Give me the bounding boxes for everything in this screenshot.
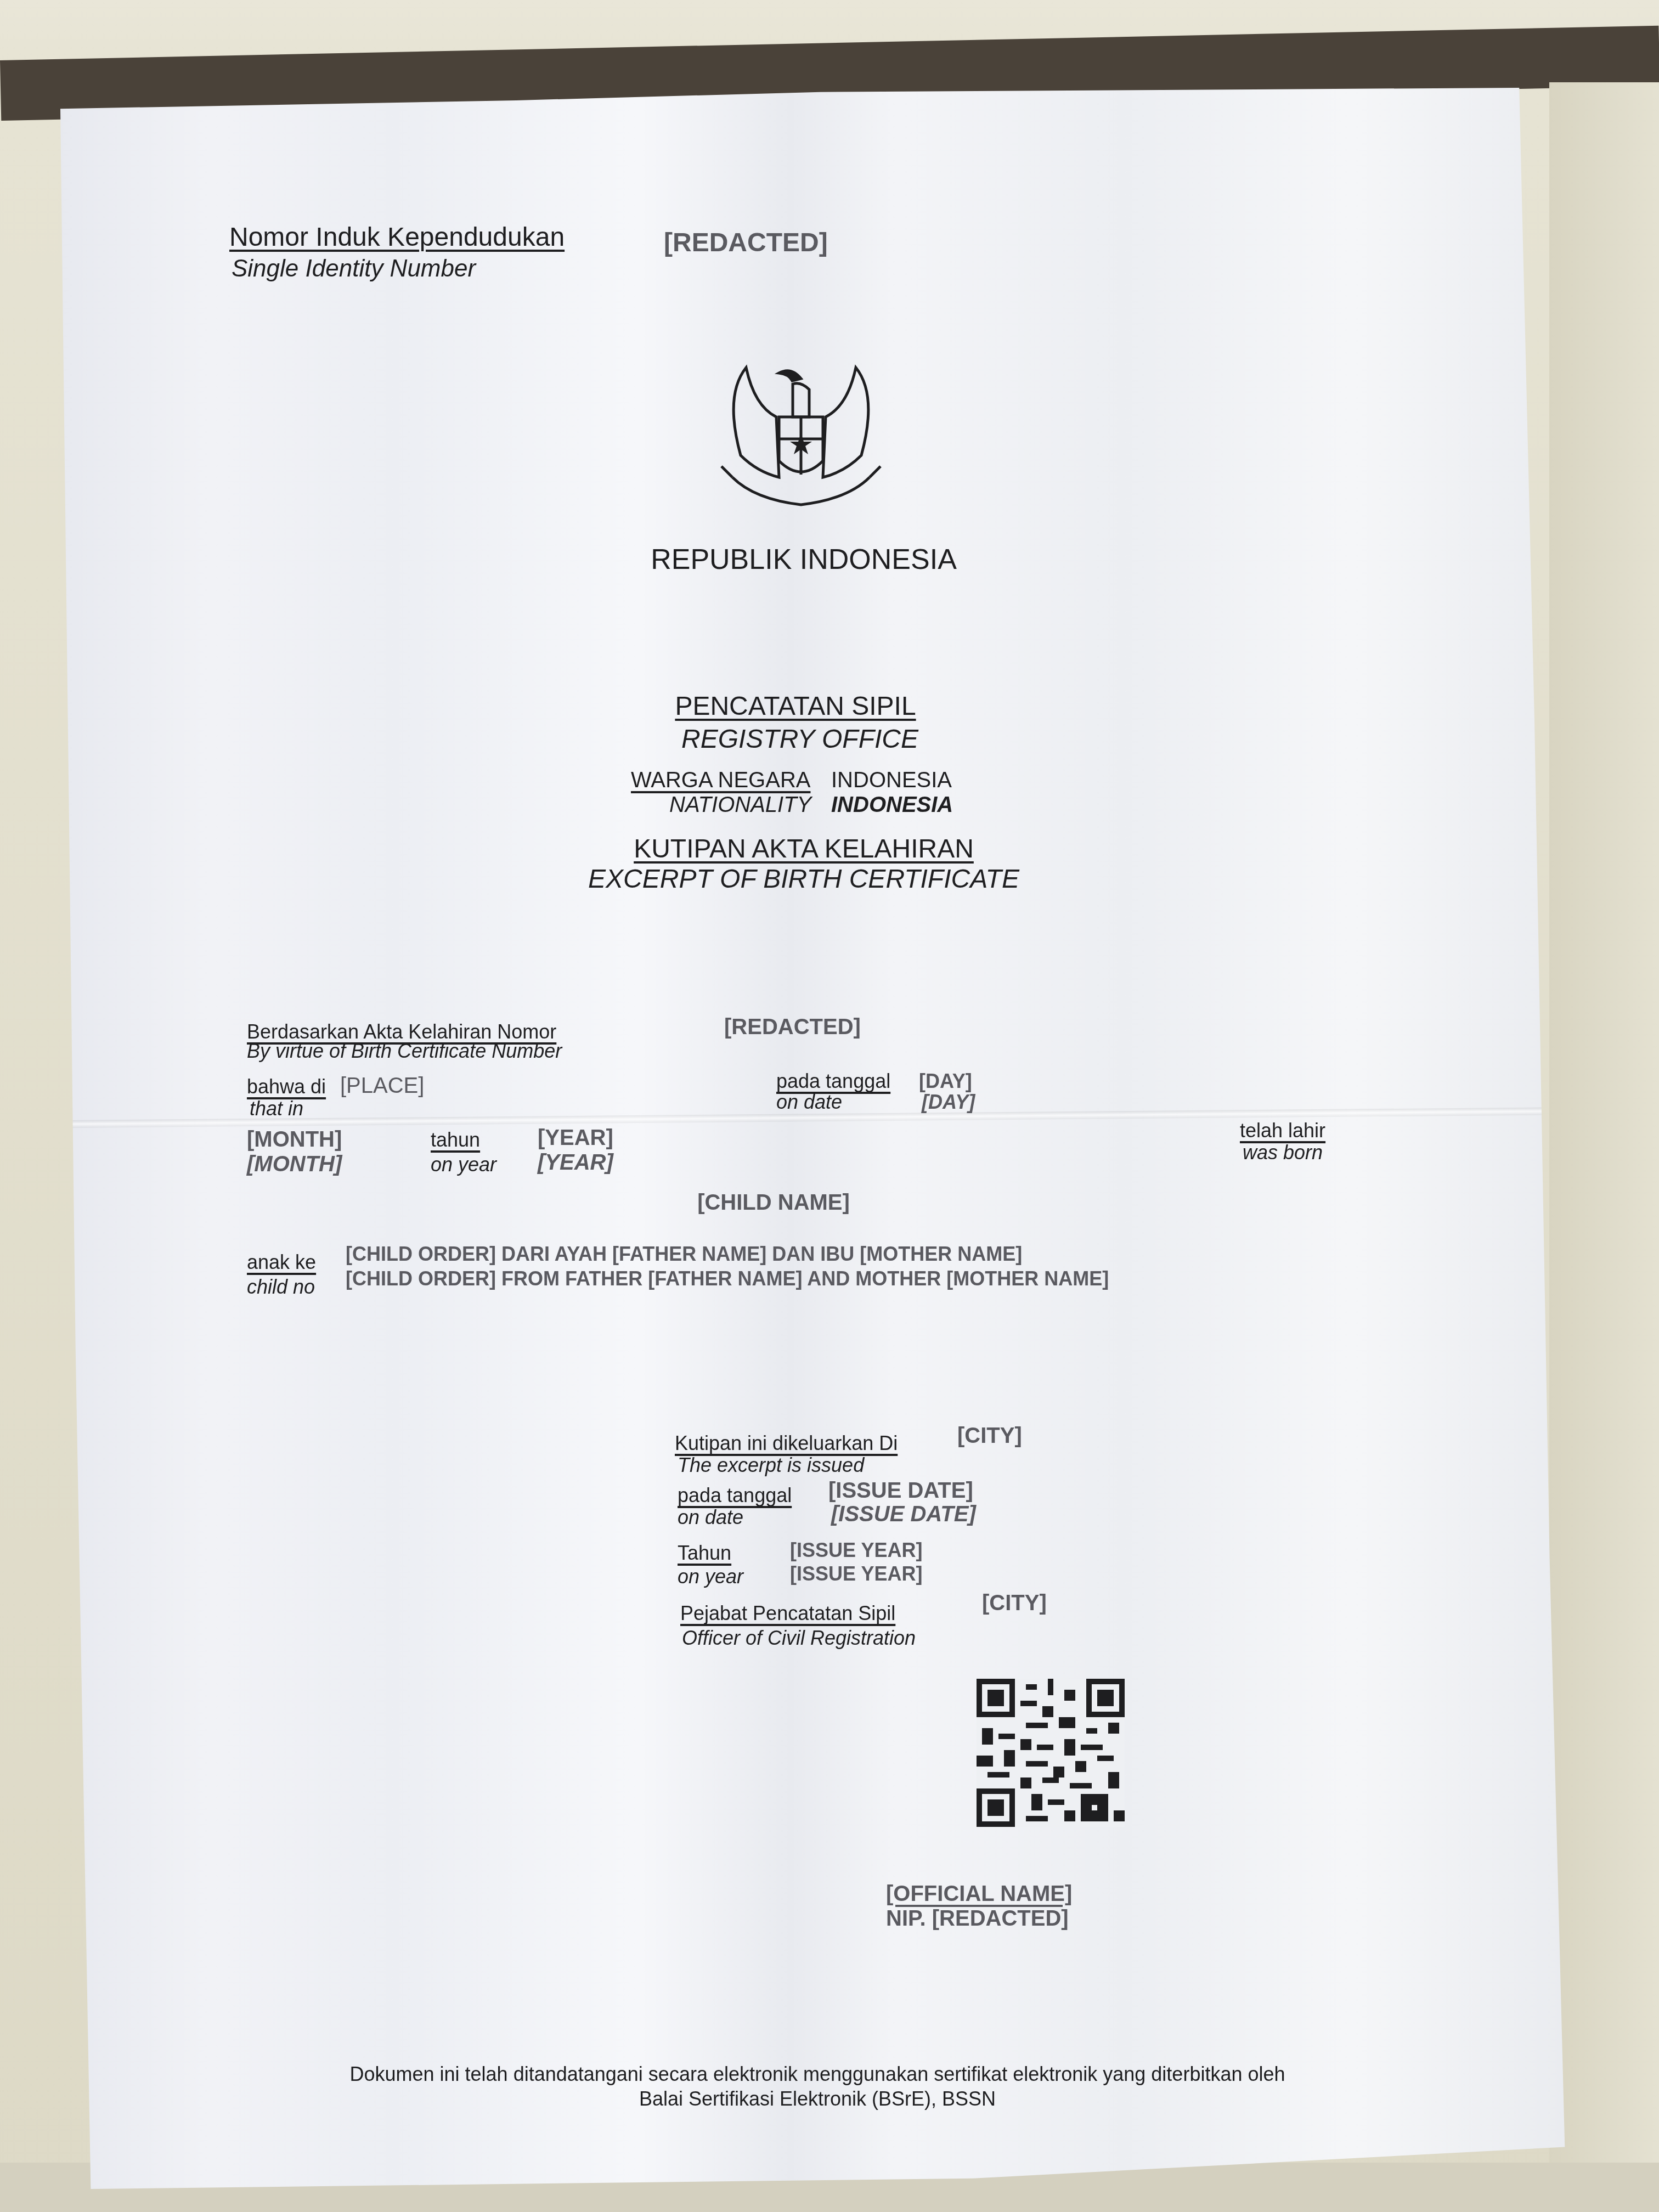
qr-code-icon[interactable] <box>977 1679 1125 1827</box>
born-label: telah lahir <box>1240 1119 1325 1142</box>
issue-date-label-en: on date <box>678 1506 743 1529</box>
birth-date-value-en: [DAY] <box>922 1091 975 1114</box>
birth-month-value: [MONTH] <box>247 1127 342 1152</box>
nationality-value-en: INDONESIA <box>831 793 953 817</box>
birth-place-label: bahwa di <box>247 1075 326 1098</box>
office-label: PENCATATAN SIPIL <box>675 691 916 721</box>
issue-date-value: [ISSUE DATE] <box>828 1479 973 1503</box>
nik-label: Nomor Induk Kependudukan <box>229 222 565 252</box>
birth-year-label-en: on year <box>431 1153 496 1176</box>
birth-year-value-en: [YEAR] <box>538 1150 613 1175</box>
issued-at-label-en: The excerpt is issued <box>678 1454 864 1477</box>
nationality-value: INDONESIA <box>831 768 952 793</box>
issue-year-value-en: [ISSUE YEAR] <box>790 1562 922 1585</box>
nationality-label: WARGA NEGARA <box>631 768 810 793</box>
birth-date-label-en: on date <box>776 1091 842 1114</box>
birth-month-value-en: [MONTH] <box>247 1152 342 1177</box>
child-order-label: anak ke <box>247 1251 316 1274</box>
issued-at-value: [CITY] <box>957 1424 1022 1448</box>
garuda-emblem-icon <box>710 357 891 521</box>
birth-year-label: tahun <box>431 1128 480 1152</box>
officer-label: Pejabat Pencatatan Sipil <box>680 1602 895 1625</box>
birth-place-label-en: that in <box>250 1097 303 1120</box>
official-name: [OFFICIAL NAME] <box>886 1882 1072 1906</box>
child-name: [CHILD NAME] <box>697 1190 850 1215</box>
child-order-value: [CHILD ORDER] DARI AYAH [FATHER NAME] DA… <box>346 1243 1022 1266</box>
office-label-en: REGISTRY OFFICE <box>681 724 918 754</box>
cert-number-label-en: By virtue of Birth Certificate Number <box>247 1040 562 1063</box>
issue-date-label: pada tanggal <box>678 1484 792 1507</box>
nik-label-en: Single Identity Number <box>232 255 476 283</box>
country-title: REPUBLIK INDONESIA <box>651 543 957 576</box>
issued-at-label: Kutipan ini dikeluarkan Di <box>675 1432 898 1455</box>
footer-line-2: Balai Sertifikasi Elektronik (BSrE), BSS… <box>639 2087 996 2111</box>
footer-line-1: Dokumen ini telah ditandatangani secara … <box>349 2063 1285 2086</box>
issue-year-label-en: on year <box>678 1565 743 1588</box>
birth-date-value: [DAY] <box>919 1070 972 1093</box>
document-title: KUTIPAN AKTA KELAHIRAN <box>634 834 974 864</box>
nationality-label-en: NATIONALITY <box>669 793 811 817</box>
officer-value: [CITY] <box>982 1591 1047 1616</box>
background-ledge <box>1549 82 1659 2212</box>
document-title-en: EXCERPT OF BIRTH CERTIFICATE <box>588 864 1019 894</box>
cert-number-value: [REDACTED] <box>724 1015 861 1040</box>
birth-place-value: [PLACE] <box>340 1074 424 1098</box>
officer-label-en: Officer of Civil Registration <box>682 1627 916 1650</box>
issue-year-label: Tahun <box>678 1542 731 1565</box>
birth-certificate-paper: Nomor Induk Kependudukan Single Identity… <box>60 88 1580 2189</box>
issue-date-value-en: [ISSUE DATE] <box>831 1502 976 1527</box>
official-nip: NIP. [REDACTED] <box>886 1906 1069 1931</box>
birth-date-label: pada tanggal <box>776 1070 890 1093</box>
child-order-label-en: child no <box>247 1276 315 1299</box>
child-order-value-en: [CHILD ORDER] FROM FATHER [FATHER NAME] … <box>346 1267 1109 1290</box>
birth-year-value: [YEAR] <box>538 1126 613 1150</box>
nik-value: [REDACTED] <box>664 228 828 258</box>
issue-year-value: [ISSUE YEAR] <box>790 1539 922 1562</box>
born-label-en: was born <box>1243 1141 1323 1164</box>
